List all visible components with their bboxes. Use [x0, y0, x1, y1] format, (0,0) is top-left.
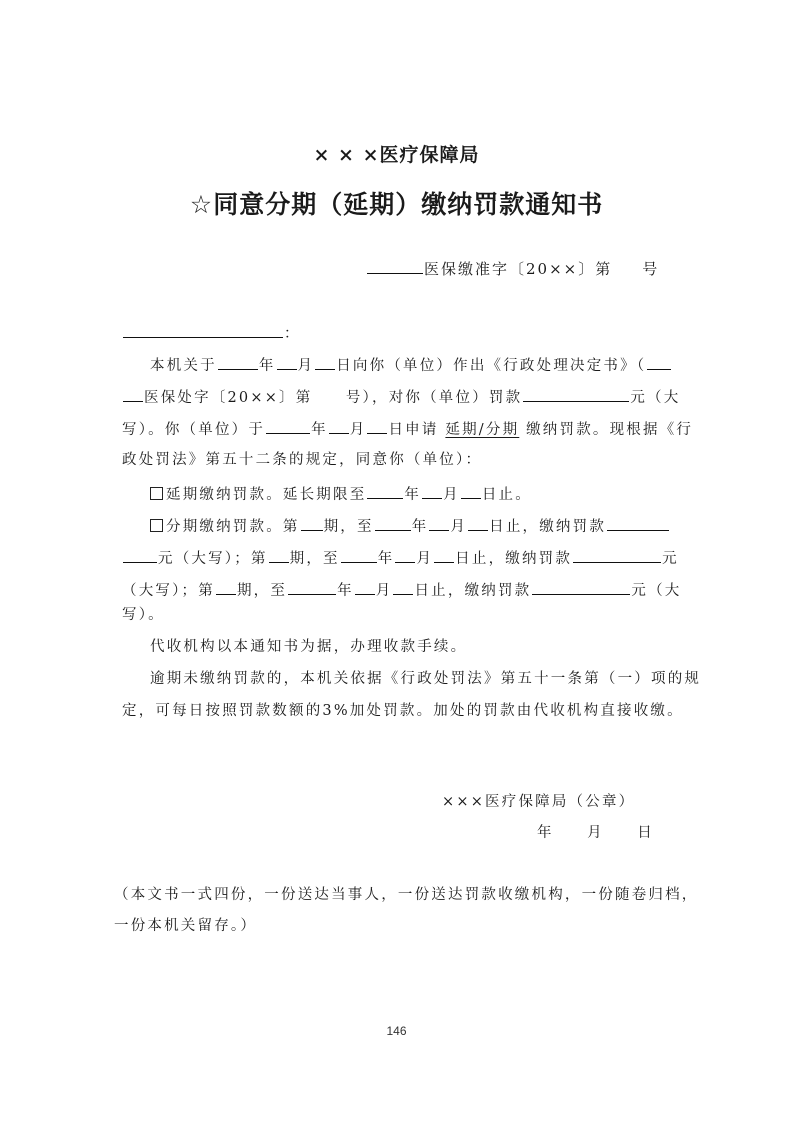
period-2-day-blank[interactable] — [434, 547, 454, 563]
option-installment-line-4: 写）。 — [122, 605, 165, 625]
document-number: 医保缴准字〔20××〕第号 — [366, 258, 659, 279]
paragraph-1-line-4: 政处罚法》第五十二条的规定，同意你（单位）： — [122, 450, 482, 470]
period-1-amount-blank-2[interactable] — [123, 547, 157, 563]
footer-note-line-1: （本文书一式四份，一份送达当事人，一份送达罚款收缴机构，一份随卷归档， — [114, 885, 699, 905]
option-delay: 延期缴纳罚款。延长期限至年月日止。 — [150, 483, 532, 505]
document-title: ☆同意分期（延期）缴纳罚款通知书 — [0, 185, 793, 221]
doc-prefix-blank[interactable] — [367, 258, 423, 274]
application-month-blank[interactable] — [329, 418, 349, 434]
paragraph-1-line-3: 写）。你（单位）于年月日申请 延期/分期 缴纳罚款。现根据《行 — [122, 418, 693, 440]
option-installment-line-3: （大写）；第期，至年月日止，缴纳罚款元（大 — [122, 579, 681, 601]
decision-year-blank[interactable] — [218, 354, 258, 370]
period-2-amount-blank[interactable] — [573, 547, 661, 563]
doc-number-suffix: 号 — [642, 260, 659, 278]
decision-month-blank[interactable] — [277, 354, 297, 370]
footer-note-line-2: 一份本机关留存。） — [114, 916, 257, 936]
page-number: 146 — [0, 1024, 793, 1038]
addressee-line: ： — [122, 322, 301, 344]
period-3-blank[interactable] — [216, 579, 236, 595]
period-3-month-blank[interactable] — [355, 579, 375, 595]
period-1-year-blank[interactable] — [375, 515, 411, 531]
period-3-amount-blank[interactable] — [532, 579, 630, 595]
fine-amount-blank[interactable] — [523, 386, 629, 402]
application-year-blank[interactable] — [266, 418, 310, 434]
installment-checkbox[interactable] — [150, 519, 163, 532]
issuer-seal: ×××医疗保障局（公章） — [442, 792, 635, 812]
period-1-month-blank[interactable] — [429, 515, 449, 531]
delay-checkbox[interactable] — [150, 487, 163, 500]
paragraph-overdue-line-1: 逾期未缴纳罚款的，本机关依据《行政处罚法》第五十一条第（一）项的规 — [150, 669, 701, 689]
decision-prefix-blank[interactable] — [647, 354, 671, 370]
period-2-month-blank[interactable] — [395, 547, 415, 563]
delay-installment-option[interactable]: 延期/分期 — [445, 422, 519, 438]
option-installment-line-1: 分期缴纳罚款。第期，至年月日止，缴纳罚款 — [150, 515, 670, 537]
paragraph-agency: 代收机构以本通知书为据，办理收款手续。 — [150, 637, 467, 657]
period-2-blank[interactable] — [269, 547, 289, 563]
option-installment-line-2: 元（大写）；第期，至年月日止，缴纳罚款元 — [122, 547, 679, 569]
delay-year-blank[interactable] — [367, 483, 403, 499]
period-3-year-blank[interactable] — [288, 579, 336, 595]
paragraph-1-line-1: 本机关于年月日向你（单位）作出《行政处理决定书》（ — [150, 354, 672, 376]
organization-heading: × × ×医疗保障局 — [0, 140, 793, 167]
paragraph-overdue-line-2: 定，可每日按照罚款数额的3%加处罚款。加处的罚款由代收机构直接收缴。 — [122, 701, 684, 721]
doc-number-prefix: 医保缴准字〔20××〕第 — [424, 260, 612, 278]
paragraph-1-line-2: 医保处字〔20××〕第 号），对你（单位）罚款元（大 — [122, 386, 680, 408]
period-2-year-blank[interactable] — [341, 547, 377, 563]
application-day-blank[interactable] — [367, 418, 387, 434]
addressee-blank[interactable] — [123, 322, 283, 338]
period-1-amount-blank[interactable] — [607, 515, 669, 531]
decision-day-blank[interactable] — [315, 354, 335, 370]
decision-prefix-blank-2[interactable] — [123, 386, 143, 402]
delay-day-blank[interactable] — [461, 483, 481, 499]
period-1-blank[interactable] — [301, 515, 323, 531]
delay-month-blank[interactable] — [422, 483, 442, 499]
issue-date: 年 月 日 — [537, 823, 654, 843]
period-1-day-blank[interactable] — [468, 515, 488, 531]
period-3-day-blank[interactable] — [393, 579, 413, 595]
